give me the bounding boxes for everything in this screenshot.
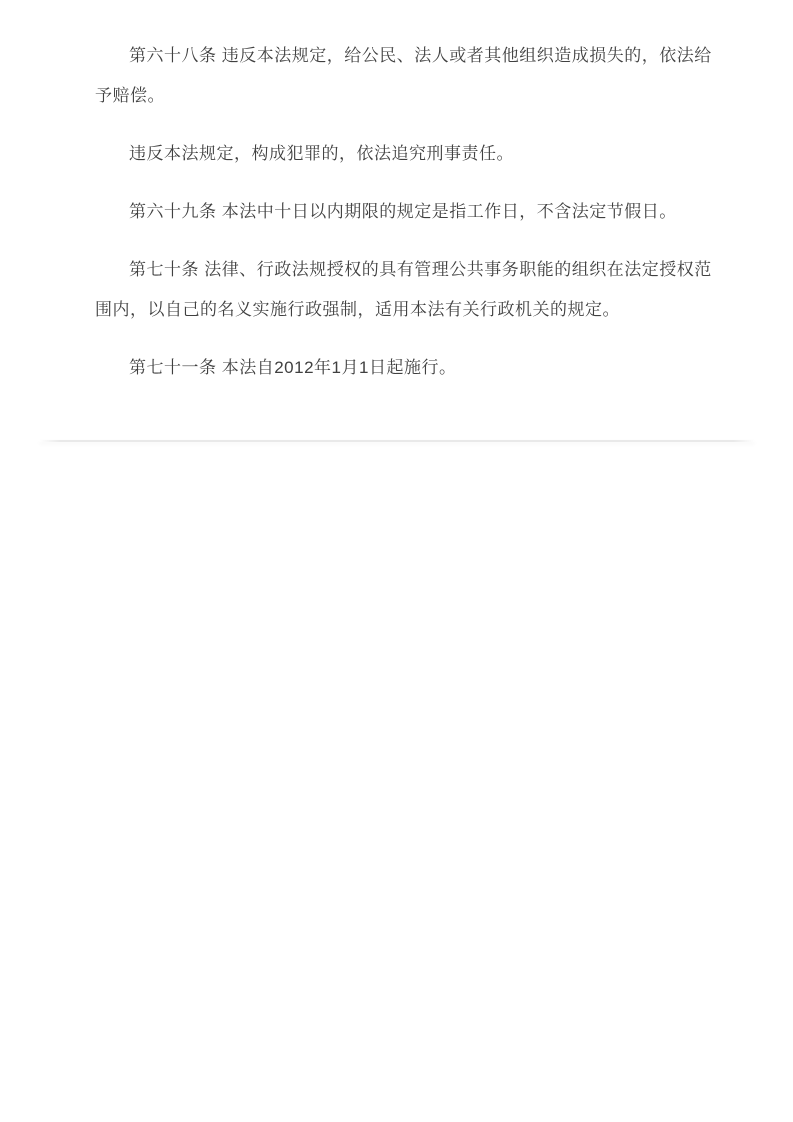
content-divider [39, 440, 755, 442]
paragraph-article-68: 第六十八条 违反本法规定，给公民、法人或者其他组织造成损失的，依法给予赔偿。 [95, 36, 715, 116]
paragraph-article-70: 第七十条 法律、行政法规授权的具有管理公共事务职能的组织在法定授权范围内，以自己… [95, 250, 715, 330]
paragraph-article-69: 第六十九条 本法中十日以内期限的规定是指工作日，不含法定节假日。 [95, 192, 715, 232]
paragraph-article-68-clause-2: 违反本法规定，构成犯罪的，依法追究刑事责任。 [95, 134, 715, 174]
page: 第六十八条 违反本法规定，给公民、法人或者其他组织造成损失的，依法给予赔偿。 违… [0, 0, 793, 1122]
paragraph-article-71: 第七十一条 本法自2012年1月1日起施行。 [95, 348, 715, 388]
article-content: 第六十八条 违反本法规定，给公民、法人或者其他组织造成损失的，依法给予赔偿。 违… [0, 0, 793, 388]
